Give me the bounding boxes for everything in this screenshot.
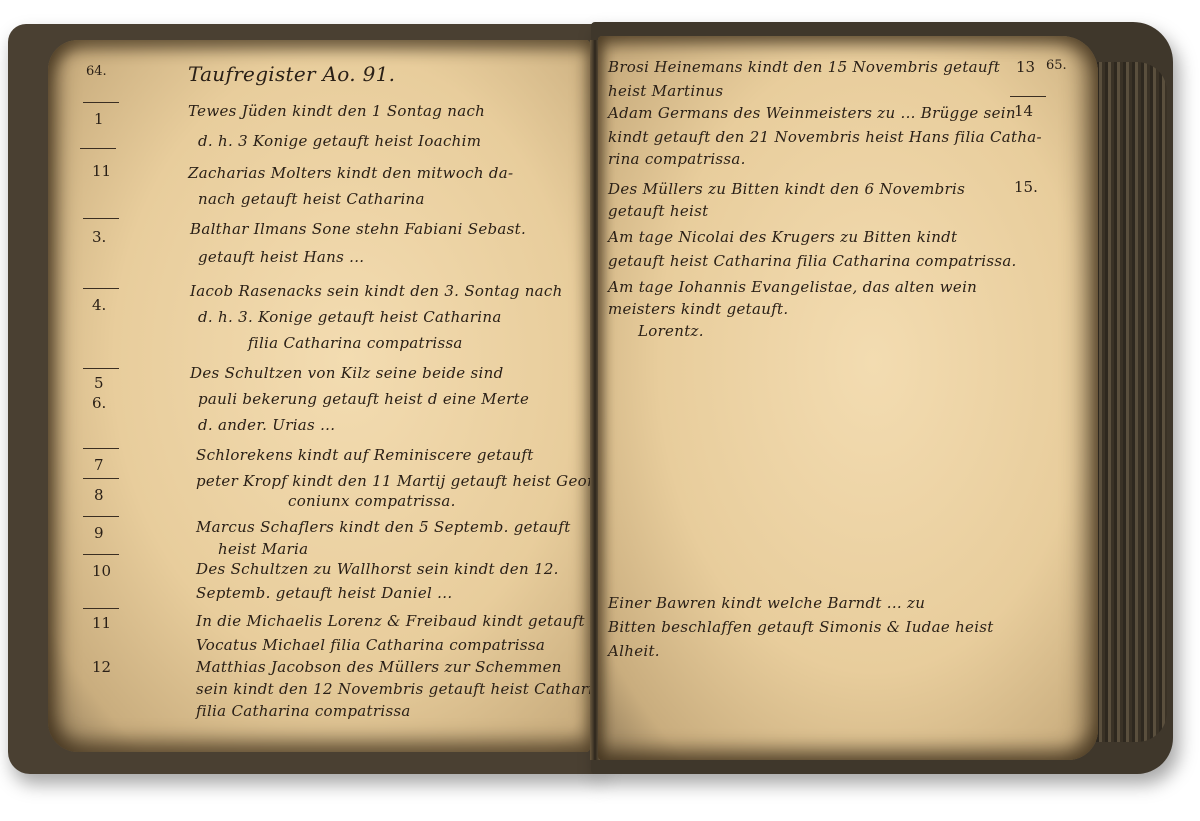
register-line: nach getauft heist Catharina	[198, 190, 425, 208]
margin-mark	[83, 218, 119, 219]
right-page: 13 65. 14 15. Brosi Heinemans kindt den …	[598, 36, 1098, 760]
register-line: Adam Germans des Weinmeisters zu ... Brü…	[608, 104, 1016, 122]
register-line: pauli bekerung getauft heist d eine Mert…	[198, 390, 529, 408]
register-line: d. ander. Urias ...	[198, 416, 335, 434]
register-line: d. h. 3 Konige getauft heist Ioachim	[198, 132, 481, 150]
register-line: peter Kropf kindt den 11 Martij getauft …	[196, 472, 627, 490]
register-line: Alheit.	[608, 642, 660, 660]
register-line: heist Maria	[218, 540, 308, 558]
entry-number: 8	[94, 486, 104, 504]
register-line: Marcus Schaflers kindt den 5 Septemb. ge…	[196, 518, 571, 536]
entry-number: 15.	[1014, 178, 1038, 196]
register-line: kindt getauft den 21 Novembris heist Han…	[608, 128, 1042, 146]
register-line: Bitten beschlaffen getauft Simonis & Iud…	[608, 618, 994, 636]
entry-number: 10	[92, 562, 111, 580]
register-heading: Taufregister Ao. 91.	[188, 62, 395, 86]
register-line: Des Müllers zu Bitten kindt den 6 Novemb…	[608, 180, 965, 198]
register-line: rina compatrissa.	[608, 150, 746, 168]
register-line: Brosi Heinemans kindt den 15 Novembris g…	[608, 58, 1000, 76]
page-number-right: 65.	[1046, 58, 1067, 73]
register-line: Des Schultzen zu Wallhorst sein kindt de…	[196, 560, 559, 578]
register-line: coniunx compatrissa.	[288, 492, 456, 510]
left-page: 64. Taufregister Ao. 91. 1 11 3. 4. 5 6.…	[48, 40, 590, 752]
register-line: sein kindt den 12 Novembris getauft heis…	[196, 680, 603, 698]
margin-mark	[83, 448, 119, 449]
entry-number: 3.	[92, 228, 106, 246]
register-line: Balthar Ilmans Sone stehn Fabiani Sebast…	[190, 220, 526, 238]
open-manuscript-book: 64. Taufregister Ao. 91. 1 11 3. 4. 5 6.…	[8, 22, 1173, 774]
margin-mark	[83, 516, 119, 517]
entry-number: 14	[1014, 102, 1033, 120]
margin-mark	[80, 148, 116, 149]
register-line: Lorentz.	[638, 322, 704, 340]
register-line: Des Schultzen von Kilz seine beide sind	[190, 364, 503, 382]
register-line: Tewes Jüden kindt den 1 Sontag nach	[188, 102, 485, 120]
register-line: In die Michaelis Lorenz & Freibaud kindt…	[196, 612, 585, 630]
register-line: Am tage Iohannis Evangelistae, das alten…	[608, 278, 977, 296]
register-line: d. h. 3. Konige getauft heist Catharina	[198, 308, 502, 326]
entry-number: 1	[94, 110, 104, 128]
margin-mark	[1010, 96, 1046, 97]
register-line: Iacob Rasenacks sein kindt den 3. Sontag…	[190, 282, 563, 300]
entry-number: 5	[94, 374, 104, 392]
register-line: meisters kindt getauft.	[608, 300, 788, 318]
entry-number: 6.	[92, 394, 106, 412]
register-line: getauft heist Catharina filia Catharina …	[608, 252, 1017, 270]
register-line: getauft heist	[608, 202, 708, 220]
register-line: Schlorekens kindt auf Reminiscere getauf…	[196, 446, 534, 464]
register-line: Am tage Nicolai des Krugers zu Bitten ki…	[608, 228, 957, 246]
margin-mark	[83, 478, 119, 479]
margin-mark	[83, 608, 119, 609]
register-line: heist Martinus	[608, 82, 723, 100]
entry-number: 11	[92, 614, 111, 632]
entry-number: 13	[1016, 58, 1035, 76]
entry-number: 7	[94, 456, 104, 474]
register-line: Septemb. getauft heist Daniel ...	[196, 584, 452, 602]
entry-number: 11	[92, 162, 111, 180]
page-number-left: 64.	[86, 64, 107, 79]
entry-number: 12	[92, 658, 111, 676]
entry-number: 4.	[92, 296, 106, 314]
margin-mark	[83, 288, 119, 289]
register-line: filia Catharina compatrissa	[196, 702, 411, 720]
register-line: filia Catharina compatrissa	[248, 334, 463, 352]
margin-mark	[83, 102, 119, 103]
entry-number: 9	[94, 524, 104, 542]
register-line: Einer Bawren kindt welche Barndt ... zu	[608, 594, 925, 612]
margin-mark	[83, 554, 119, 555]
register-line: getauft heist Hans ...	[198, 248, 364, 266]
register-line: Matthias Jacobson des Müllers zur Schemm…	[196, 658, 562, 676]
register-line: Vocatus Michael filia Catharina compatri…	[196, 636, 545, 654]
page-edges	[1087, 62, 1167, 742]
margin-mark	[83, 368, 119, 369]
register-line: Zacharias Molters kindt den mitwoch da-	[188, 164, 513, 182]
